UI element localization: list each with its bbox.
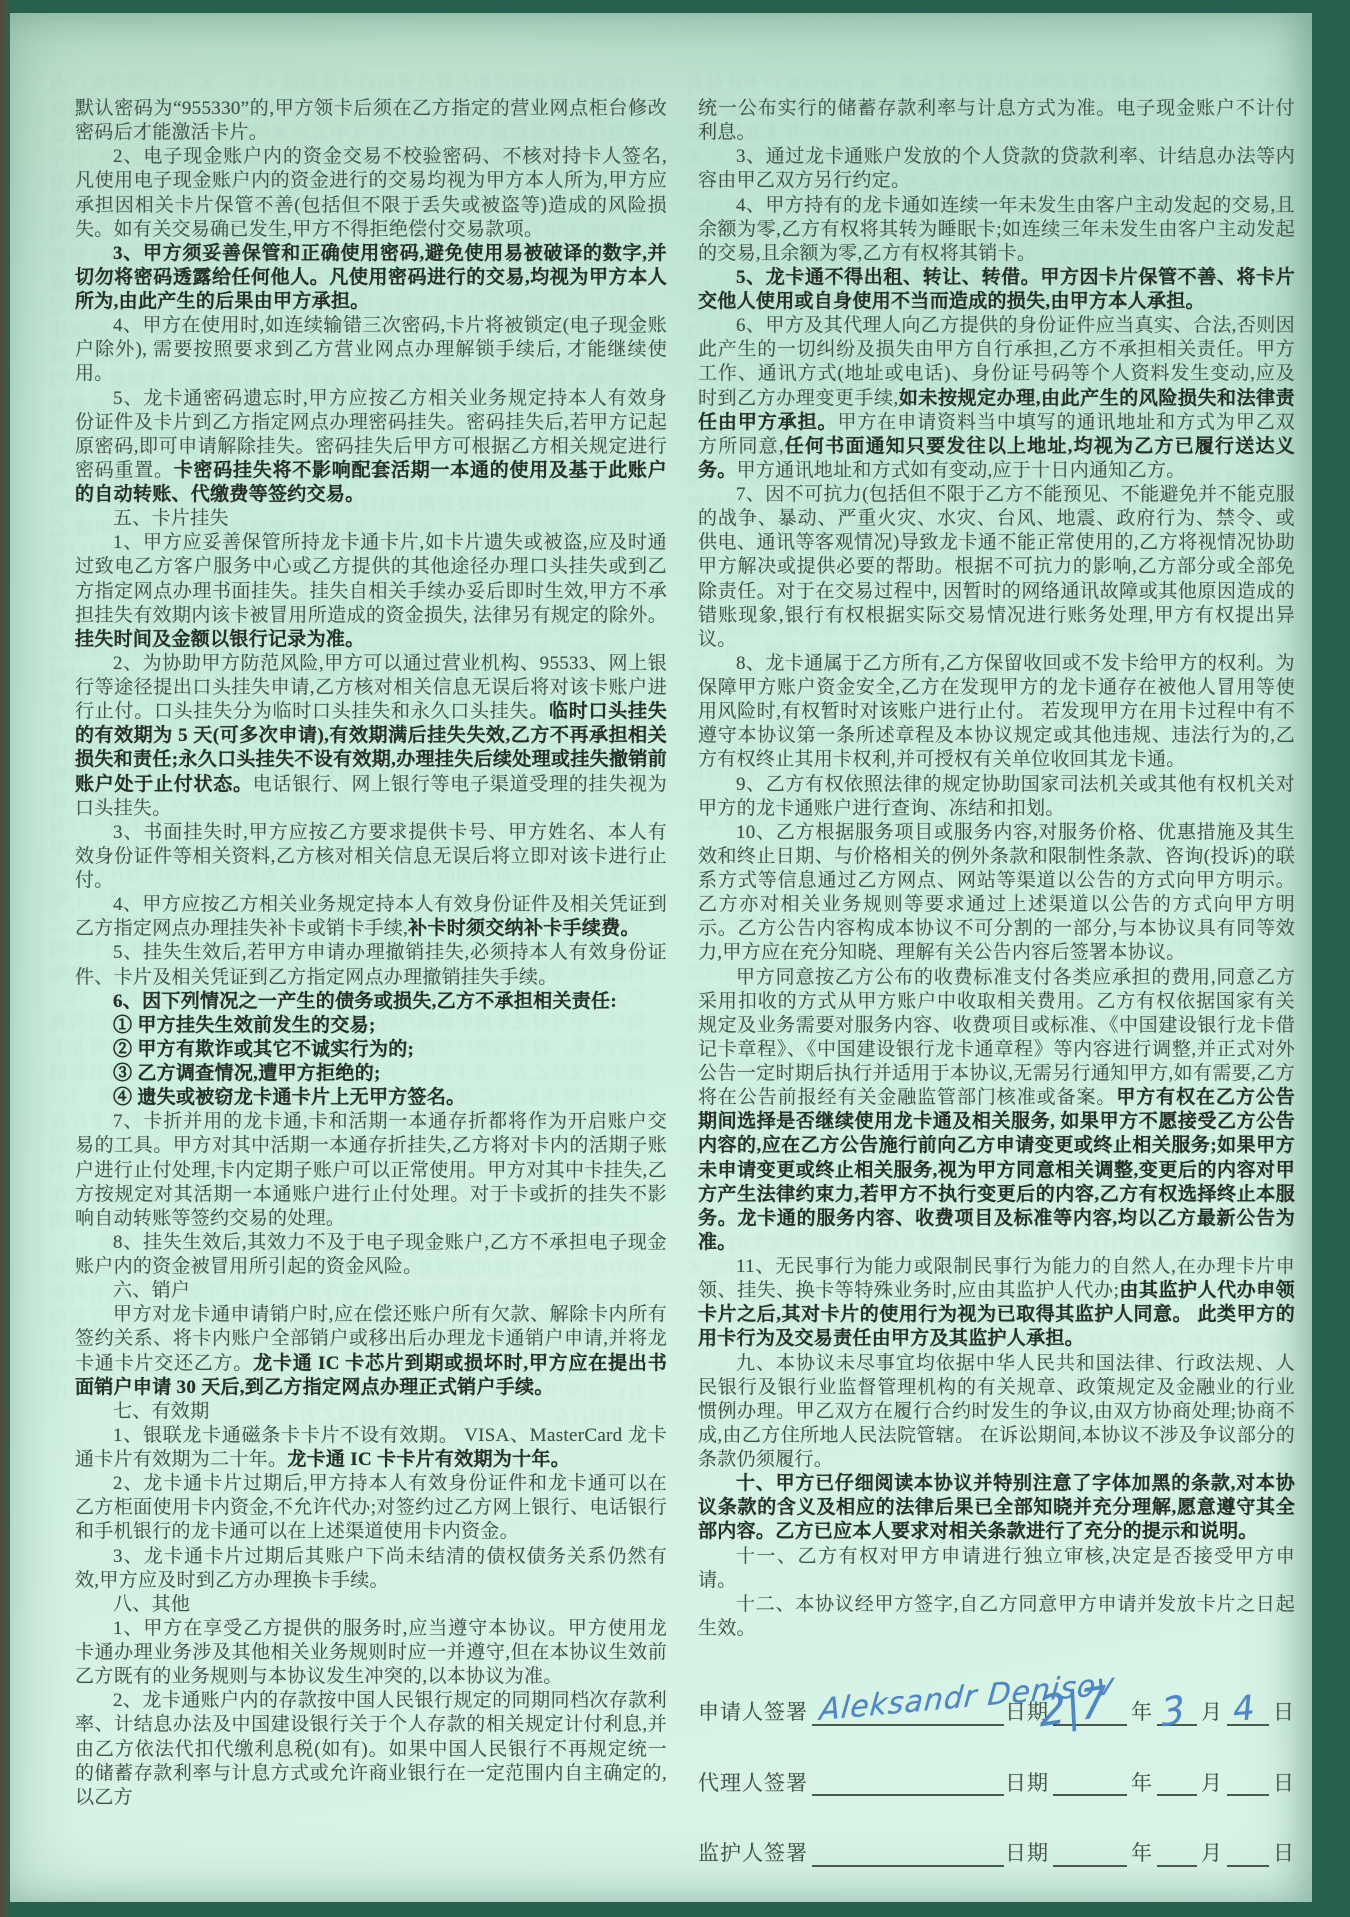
paragraph: 1、银联龙卡通磁条卡卡片不设有效期。 VISA、MasterCard 龙卡通卡片… — [75, 1424, 667, 1472]
section-heading: 八、其他 — [75, 1593, 667, 1617]
scanned-paper: 统一公布实行的储蓄存款利率与计息方式为准。电子现金账户不计付利息。 3、通过龙卡… — [10, 13, 1312, 1902]
paragraph: ③ 乙方调查情况,遭甲方拒绝的; — [75, 1062, 667, 1086]
paragraph: 4、甲方应按乙方相关业务规定持本人有效身份证件及相关凭证到乙方指定网点办理挂失补… — [75, 893, 667, 941]
paragraph: 十、甲方已仔细阅读本协议并特别注意了字体加黑的条款,对本协议条款的含义及相应的法… — [698, 1472, 1295, 1544]
section-heading: 五、卡片挂失 — [75, 507, 667, 531]
paragraph: 4、甲方持有的龙卡通如连续一年未发生由客户主动发起的交易,且余额为零,乙方有权将… — [698, 194, 1295, 266]
applicant-month-line: 3 — [1157, 1702, 1197, 1726]
month-label: 月 — [1201, 1770, 1223, 1797]
paragraph: 3、龙卡通卡片过期后其账户下尚未结清的债权债务关系仍然有效,甲方应及时到乙方办理… — [75, 1545, 667, 1593]
guardian-signature-line — [812, 1843, 1004, 1867]
guardian-signature-label: 监护人签署 — [698, 1840, 808, 1867]
month-label: 月 — [1201, 1840, 1223, 1867]
paragraph: 统一公布实行的储蓄存款利率与计息方式为准。电子现金账户不计付利息。 — [698, 97, 1295, 145]
signature-row-guardian: 监护人签署 日期 年 月 日 — [698, 1840, 1295, 1867]
applicant-day-handwriting: 4 — [1231, 1687, 1257, 1732]
paragraph: 3、通过龙卡通账户发放的个人贷款的贷款利率、计结息办法等内容由甲乙双方另行约定。 — [698, 145, 1295, 193]
paragraph: 甲方同意按乙方公布的收费标准支付各类应承担的费用,同意乙方采用扣收的方式从甲方账… — [698, 966, 1295, 1256]
guardian-year-line — [1053, 1843, 1127, 1867]
paragraph: 甲方对龙卡通申请销户时,应在偿还账户所有欠款、解除卡内所有签约关系、将卡内账户全… — [75, 1303, 667, 1400]
paragraph: 7、因不可抗力(包括但不限于乙方不能预见、不能避免并不能克服的战争、暴动、严重火… — [698, 483, 1295, 652]
paragraph: 2、龙卡通账户内的存款按中国人民银行规定的同期同档次存款利率、计结息办法及中国建… — [75, 1689, 667, 1810]
left-text-column: 默认密码为“955330”的,甲方领卡后须在乙方指定的营业网点柜台修改密码后才能… — [75, 97, 667, 1810]
paragraph: 5、龙卡通密码遗忘时,甲方应按乙方相关业务规定持本人有效身份证件及卡片到乙方指定… — [75, 387, 667, 508]
agent-day-line — [1227, 1772, 1269, 1796]
paragraph: 6、甲方及其代理人向乙方提供的身份证件应当真实、合法,否则因此产生的一切纠纷及损… — [698, 314, 1295, 483]
scanned-agreement-page: { "colors":{"scanner_bed":"#27604c","pap… — [0, 0, 1350, 1917]
agent-date-label: 日期 — [1005, 1770, 1049, 1797]
applicant-day-line: 4 — [1227, 1702, 1269, 1726]
agent-signature-label: 代理人签署 — [698, 1770, 808, 1797]
signature-row-applicant: 申请人签署 Aleksandr Denisov 日期 2|7 年 3 月 4 日 — [698, 1699, 1295, 1726]
agent-year-line — [1053, 1772, 1127, 1796]
day-label: 日 — [1273, 1840, 1295, 1867]
applicant-signature-line: Aleksandr Denisov — [812, 1702, 1004, 1726]
paragraph: ④ 遗失或被窃龙卡通卡片上无甲方签名。 — [75, 1086, 667, 1110]
applicant-signature-label: 申请人签署 — [698, 1699, 808, 1726]
paragraph: 6、因下列情况之一产生的债务或损失,乙方不承担相关责任: — [75, 990, 667, 1014]
day-label: 日 — [1273, 1770, 1295, 1797]
paragraph: 2、电子现金账户内的资金交易不校验密码、不核对持卡人签名,凡使用电子现金账户内的… — [75, 145, 667, 242]
paragraph: 3、甲方须妥善保管和正确使用密码,避免使用易被破译的数字,并切勿将密码透露给任何… — [75, 242, 667, 314]
paragraph: 九、本协议未尽事宜均依据中华人民共和国法律、行政法规、人民银行及银行业监督管理机… — [698, 1352, 1295, 1473]
paragraph: 8、挂失生效后,其效力不及于电子现金账户,乙方不承担电子现金账户内的资金被冒用所… — [75, 1231, 667, 1279]
day-label: 日 — [1273, 1699, 1295, 1726]
paragraph: 2、为协助甲方防范风险,甲方可以通过营业机构、95533、网上银行等途径提出口头… — [75, 652, 667, 821]
paragraph: 8、龙卡通属于乙方所有,乙方保留收回或不发卡给甲方的权利。为保障甲方账户资金安全… — [698, 652, 1295, 773]
applicant-date-label: 日期 — [1005, 1699, 1049, 1726]
year-label: 年 — [1131, 1770, 1153, 1797]
paragraph: 11、无民事行为能力或限制民事行为能力的自然人,在办理卡片申领、挂失、换卡等特殊… — [698, 1255, 1295, 1352]
paragraph: 2、龙卡通卡片过期后,甲方持本人有效身份证件和龙卡通可以在乙方柜面使用卡内资金,… — [75, 1472, 667, 1544]
paragraph: 9、乙方有权依照法律的规定协助国家司法机关或其他有权机关对甲方的龙卡通账户进行查… — [698, 773, 1295, 821]
paragraph: ① 甲方挂失生效前发生的交易; — [75, 1014, 667, 1038]
signature-row-agent: 代理人签署 日期 年 月 日 — [698, 1770, 1295, 1797]
guardian-day-line — [1227, 1843, 1269, 1867]
paragraph: 1、甲方应妥善保管所持龙卡通卡片,如卡片遗失或被盗,应及时通过致电乙方客户服务中… — [75, 531, 667, 652]
section-heading: 七、有效期 — [75, 1400, 667, 1424]
paragraph: 4、甲方在使用时,如连续输错三次密码,卡片将被锁定(电子现金账户除外), 需要按… — [75, 314, 667, 386]
right-column-paragraphs: 统一公布实行的储蓄存款利率与计息方式为准。电子现金账户不计付利息。3、通过龙卡通… — [698, 97, 1295, 1641]
applicant-year-line: 2|7 — [1053, 1702, 1127, 1726]
paragraph: 十一、乙方有权对甲方申请进行独立审核,决定是否接受甲方申请。 — [698, 1545, 1295, 1593]
right-text-column: 统一公布实行的储蓄存款利率与计息方式为准。电子现金账户不计付利息。3、通过龙卡通… — [698, 97, 1295, 1867]
agent-month-line — [1157, 1772, 1197, 1796]
paragraph: ② 甲方有欺诈或其它不诚实行为的; — [75, 1038, 667, 1062]
paragraph: 默认密码为“955330”的,甲方领卡后须在乙方指定的营业网点柜台修改密码后才能… — [75, 97, 667, 145]
paragraph: 3、书面挂失时,甲方应按乙方要求提供卡号、甲方姓名、本人有效身份证件等相关资料,… — [75, 821, 667, 893]
applicant-month-handwriting: 3 — [1160, 1685, 1187, 1739]
paragraph: 7、卡折并用的龙卡通,卡和活期一本通存折都将作为开启账户交易的工具。甲方对其中活… — [75, 1110, 667, 1231]
month-label: 月 — [1201, 1699, 1223, 1726]
year-label: 年 — [1131, 1699, 1153, 1726]
paragraph: 10、乙方根据服务项目或服务内容,对服务价格、优惠措施及其生效和终止日期、与价格… — [698, 821, 1295, 966]
paragraph: 5、龙卡通不得出租、转让、转借。甲方因卡片保管不善、将卡片交他人使用或自身使用不… — [698, 266, 1295, 314]
section-heading: 六、销户 — [75, 1279, 667, 1303]
signature-section: 申请人签署 Aleksandr Denisov 日期 2|7 年 3 月 4 日 — [698, 1699, 1295, 1867]
paragraph: 1、甲方在享受乙方提供的服务时,应当遵守本协议。甲方使用龙卡通办理业务涉及其他相… — [75, 1617, 667, 1689]
guardian-month-line — [1157, 1843, 1197, 1867]
paragraph: 十二、本协议经甲方签字,自乙方同意甲方申请并发放卡片之日起生效。 — [698, 1593, 1295, 1641]
agent-signature-line — [812, 1772, 1004, 1796]
year-label: 年 — [1131, 1840, 1153, 1867]
paragraph: 5、挂失生效后,若甲方申请办理撤销挂失,必须持本人有效身份证件、卡片及相关凭证到… — [75, 941, 667, 989]
guardian-date-label: 日期 — [1005, 1840, 1049, 1867]
